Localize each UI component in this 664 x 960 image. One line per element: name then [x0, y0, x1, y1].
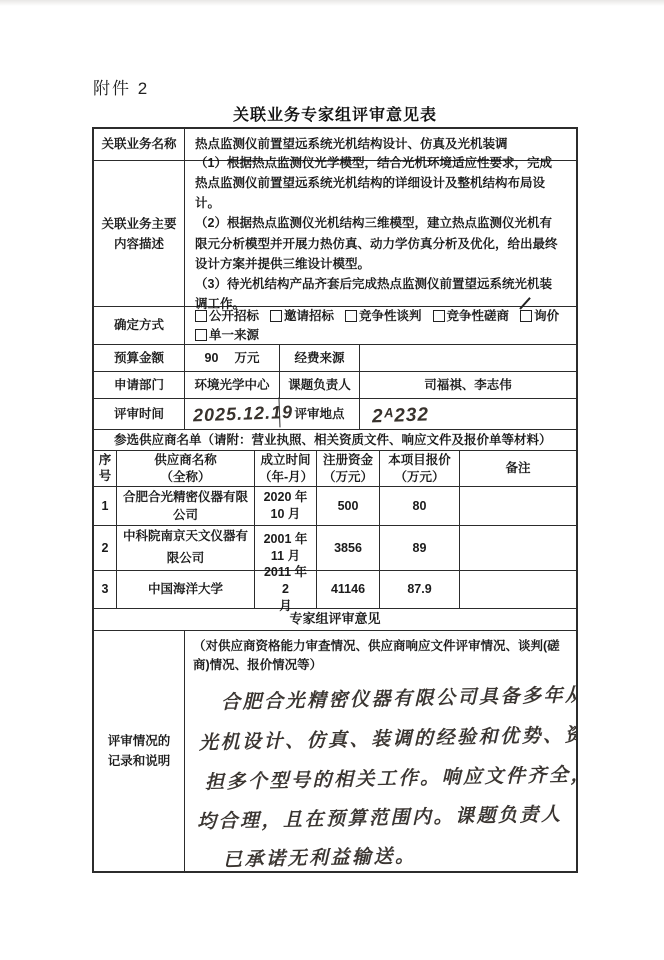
- leader-value: 司福祺、李志伟: [360, 372, 576, 398]
- leader-label: 课题负责人: [280, 372, 360, 398]
- row-description: 关联业务主要 内容描述 （1）根据热点监测仪光学模型，结合光机环境适应性要求，完…: [94, 161, 576, 307]
- supplier-3-name: 中国海洋大学: [117, 571, 255, 608]
- budget-value: 90: [205, 349, 219, 367]
- row-review-record: 评审情况的 记录和说明 （对供应商资格能力审查情况、供应商响应文件评审情况、谈判…: [94, 631, 576, 871]
- supplier-2-remark: [460, 526, 576, 570]
- option-open-bidding: 公开招标: [195, 307, 259, 325]
- checkbox-icon: [270, 310, 282, 322]
- option-label: 单一来源: [209, 326, 259, 344]
- option-label: 邀请招标: [284, 307, 334, 325]
- supplier-3-established: 2011 年 2 月: [255, 571, 317, 608]
- row-review-time: 评审时间 2025.12.19 评审地点 2ᴬ232: [94, 399, 576, 430]
- header-name-l1: 供应商名称: [154, 452, 217, 469]
- option-competitive-consultation: 竞争性磋商: [433, 307, 510, 325]
- header-cap-l1: 注册资金: [323, 452, 373, 469]
- checkbox-icon: [195, 329, 207, 341]
- description-label-line2: 内容描述: [114, 234, 164, 254]
- checkbox-line-2: 单一来源: [195, 326, 270, 344]
- supplier-1-established: 2020 年 10 月: [255, 487, 317, 525]
- department-value: 环境光学中心: [185, 372, 280, 398]
- review-form-table: 关联业务名称 热点监测仪前置望远系统光机结构设计、仿真及光机装调 关联业务主要 …: [92, 127, 578, 873]
- review-record-note: （对供应商资格能力审查情况、供应商响应文件评审情况、谈判(磋商)情况、报价情况等…: [193, 637, 568, 675]
- supplier-2-capital: 3856: [317, 526, 380, 570]
- row-budget: 预算金额 90 万元 经费来源: [94, 345, 576, 372]
- description-label-line1: 关联业务主要: [101, 214, 176, 234]
- supplier-row-3: 3 中国海洋大学 2011 年 2 月 41146 87.9: [94, 571, 576, 609]
- checkbox-line-1: 公开招标 邀请招标 竞争性谈判 竞争性磋商 询价: [195, 307, 570, 325]
- supplier-1-est-l2: 10 月: [271, 506, 301, 523]
- description-value: （1）根据热点监测仪光学模型，结合光机环境适应性要求，完成热点监测仪前置望远系统…: [185, 161, 576, 306]
- budget-label: 预算金额: [94, 345, 185, 371]
- supplier-1-est-l1: 2020 年: [264, 489, 308, 506]
- option-single-source: 单一来源: [195, 326, 259, 344]
- handwriting-line-5: 已承诺无利益输送。: [223, 836, 417, 871]
- header-established: 成立时间 （年-月）: [255, 451, 317, 486]
- header-remark: 备注: [460, 451, 576, 486]
- option-label: 竞争性谈判: [359, 307, 422, 325]
- supplier-3-price: 87.9: [380, 571, 460, 608]
- supplier-1-no: 1: [94, 487, 117, 525]
- checkbox-icon: [345, 310, 357, 322]
- review-record-label-l1: 评审情况的: [108, 731, 171, 751]
- checkbox-checked-icon: [520, 310, 532, 322]
- determine-method-label: 确定方式: [94, 307, 185, 344]
- supplier-3-remark: [460, 571, 576, 608]
- supplier-3-est-l1: 2011 年 2: [259, 564, 312, 598]
- checkbox-icon: [195, 310, 207, 322]
- determine-method-options: 公开招标 邀请招标 竞争性谈判 竞争性磋商 询价 单一来源: [185, 307, 576, 344]
- supplier-2-est-l1: 2001 年: [264, 531, 308, 548]
- checkbox-icon: [433, 310, 445, 322]
- description-paragraph-2: （2）根据热点监测仪光机结构三维模型，建立热点监测仪光机有限元分析模型并开展力热…: [195, 213, 564, 274]
- budget-unit: 万元: [234, 349, 259, 367]
- review-time-label: 评审时间: [94, 399, 185, 429]
- header-capital: 注册资金 （万元）: [317, 451, 380, 486]
- budget-value-cell: 90 万元: [185, 345, 280, 371]
- supplier-2-name: 中科院南京天文仪器有限公司: [117, 526, 255, 570]
- handwriting-line-4: 均合理，且在预算范围内。课题负责人: [197, 795, 563, 843]
- header-name-l2: （全称）: [160, 469, 210, 486]
- option-inquiry-checked: 询价: [520, 307, 559, 325]
- supplier-row-1: 1 合肥合光精密仪器有限公司 2020 年 10 月 500 80: [94, 487, 576, 526]
- header-cap-l2: （万元）: [323, 469, 373, 486]
- header-seq: 序 号: [94, 451, 117, 486]
- row-determine-method: 确定方式 公开招标 邀请招标 竞争性谈判 竞争性磋商 询价 单一来源: [94, 307, 576, 345]
- header-seq-l1: 序: [99, 453, 112, 469]
- handwriting-line-1: 合肥合光精密仪器有限公司具备多年从事商用: [221, 674, 576, 723]
- document-title: 关联业务专家组评审意见表: [92, 102, 578, 125]
- supplier-2-no: 2: [94, 526, 117, 570]
- row-expert-opinion-title: 专家组评审意见: [94, 609, 576, 631]
- expert-opinion-title: 专家组评审意见: [94, 609, 576, 630]
- option-label: 公开招标: [209, 307, 259, 325]
- header-est-l2: （年-月）: [259, 469, 312, 486]
- row-supplier-section-title: 参选供应商名单（请附：营业执照、相关资质文件、响应文件及报价单等材料）: [94, 430, 576, 451]
- review-record-label: 评审情况的 记录和说明: [94, 631, 185, 871]
- funding-source-value: [360, 345, 576, 371]
- description-paragraph-1: （1）根据热点监测仪光学模型，结合光机环境适应性要求，完成热点监测仪前置望远系统…: [195, 153, 564, 214]
- supplier-3-no: 3: [94, 571, 117, 608]
- supplier-1-capital: 500: [317, 487, 380, 525]
- review-place-handwritten-value: 2ᴬ232: [360, 395, 577, 433]
- option-label: 竞争性磋商: [447, 307, 510, 325]
- attachment-label: 附件 2: [93, 74, 149, 99]
- header-price-l2: （万元）: [394, 469, 444, 486]
- department-label: 申请部门: [94, 372, 185, 398]
- option-competitive-negotiation: 竞争性谈判: [345, 307, 422, 325]
- supplier-row-2: 2 中科院南京天文仪器有限公司 2001 年 11 月 3856 89: [94, 526, 576, 571]
- review-record-content: （对供应商资格能力审查情况、供应商响应文件评审情况、谈判(磋商)情况、报价情况等…: [185, 631, 576, 871]
- funding-source-label: 经费来源: [280, 345, 360, 371]
- supplier-section-title: 参选供应商名单（请附：营业执照、相关资质文件、响应文件及报价单等材料）: [94, 430, 576, 450]
- review-time-handwritten-value: 2025.12.19: [185, 397, 281, 430]
- business-name-label: 关联业务名称: [94, 129, 185, 160]
- header-price: 本项目报价 （万元）: [380, 451, 460, 486]
- supplier-1-price: 80: [380, 487, 460, 525]
- row-department: 申请部门 环境光学中心 课题负责人 司福祺、李志伟: [94, 372, 576, 399]
- header-supplier-name: 供应商名称 （全称）: [117, 451, 255, 486]
- header-est-l1: 成立时间: [260, 452, 310, 469]
- header-price-l1: 本项目报价: [388, 452, 451, 469]
- supplier-2-est-l2: 11 月: [271, 548, 300, 565]
- option-label: 询价: [534, 307, 559, 325]
- description-label: 关联业务主要 内容描述: [94, 161, 185, 306]
- supplier-1-remark: [460, 487, 576, 525]
- option-invited-bidding: 邀请招标: [270, 307, 334, 325]
- supplier-2-price: 89: [380, 526, 460, 570]
- review-record-label-l2: 记录和说明: [108, 751, 171, 771]
- supplier-table-header: 序 号 供应商名称 （全称） 成立时间 （年-月） 注册资金 （万元） 本项目报…: [94, 451, 576, 487]
- scanned-document-page: 附件 2 关联业务专家组评审意见表 关联业务名称 热点监测仪前置望远系统光机结构…: [0, 0, 664, 960]
- header-seq-l2: 号: [99, 469, 112, 485]
- supplier-3-capital: 41146: [317, 571, 380, 608]
- supplier-1-name: 合肥合光精密仪器有限公司: [117, 487, 255, 525]
